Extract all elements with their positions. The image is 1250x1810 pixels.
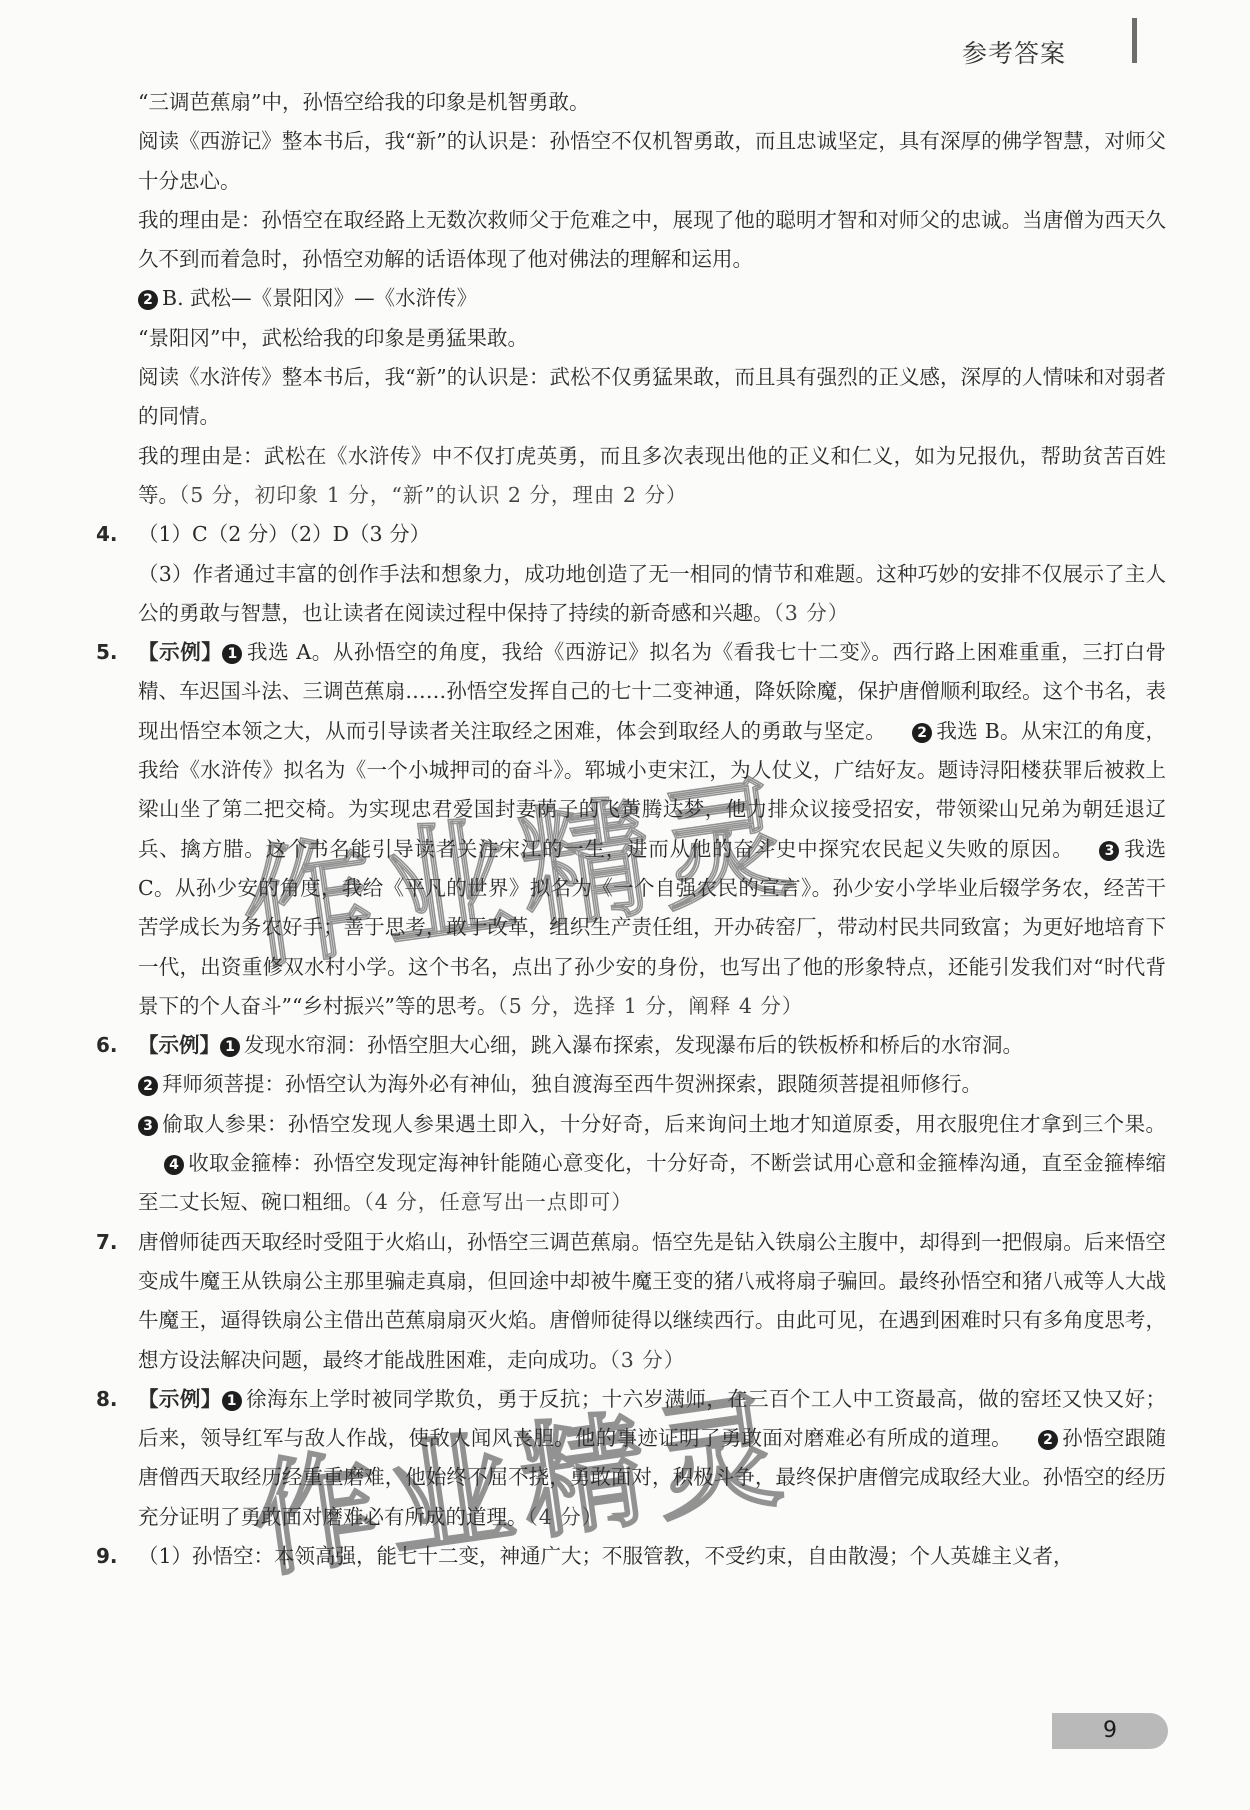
question-9: 9. （1）孙悟空：本领高强，能七十二变，神通广大；不服管教，不受约束，自由散漫… bbox=[96, 1537, 1166, 1576]
page-number-badge: 9 bbox=[1052, 1713, 1168, 1749]
question-number: 6. bbox=[96, 1026, 118, 1065]
answer-line: （3）作者通过丰富的创作手法和想象力，成功地创造了无一相同的情节和难题。这种巧妙… bbox=[138, 555, 1166, 634]
answer-text: 徐海东上学时被同学欺负，勇于反抗；十六岁满师，在三百个工人中工资最高，做的窑坯又… bbox=[138, 1387, 1166, 1450]
circled-number-icon: 2 bbox=[1038, 1430, 1058, 1450]
question-5: 5. 【示例】1我选 A。从孙悟空的角度，我给《西游记》拟名为《看我七十二变》。… bbox=[96, 633, 1166, 1026]
paragraph: 我的理由是：孙悟空在取经路上无数次救师父于危难之中，展现了他的聪明才智和对师父的… bbox=[96, 201, 1166, 280]
paragraph: 阅读《西游记》整本书后，我“新”的认识是：孙悟空不仅机智勇敢，而且忠诚坚定，具有… bbox=[96, 122, 1166, 201]
answer-text: 偷取人参果：孙悟空发现人参果遇土即入，十分好奇，后来询问土地才知道原委，用衣服兜… bbox=[162, 1112, 1166, 1136]
option-b-title: B. 武松—《景阳冈》—《水浒传》 bbox=[162, 286, 477, 310]
circled-number-icon: 2 bbox=[912, 723, 932, 743]
answer-text: 收取金箍棒：孙悟空发现定海神针能随心意变化，十分好奇，不断尝试用心意和金箍棒沟通… bbox=[138, 1151, 1166, 1214]
circled-number-icon: 2 bbox=[138, 290, 158, 310]
example-tag: 【示例】 bbox=[138, 1033, 220, 1057]
question-8: 8. 【示例】1徐海东上学时被同学欺负，勇于反抗；十六岁满师，在三百个工人中工资… bbox=[96, 1380, 1166, 1537]
paragraph: 阅读《水浒传》整本书后，我“新”的认识是：武松不仅勇猛果敢，而且具有强烈的正义感… bbox=[96, 358, 1166, 437]
answer-line: 3偷取人参果：孙悟空发现人参果遇土即入，十分好奇，后来询问土地才知道原委，用衣服… bbox=[138, 1105, 1166, 1223]
header-title: 参考答案 bbox=[962, 34, 1066, 70]
score-note: （4 分，任意写出一点即可） bbox=[364, 1190, 633, 1214]
circled-number-icon: 3 bbox=[1099, 841, 1119, 861]
score-note: （4 分） bbox=[528, 1505, 604, 1529]
score-note: （3 分） bbox=[610, 1348, 686, 1372]
paragraph: “景阳冈”中，武松给我的印象是勇猛果敢。 bbox=[96, 319, 1166, 358]
question-7: 7. 唐僧师徒西天取经时受阻于火焰山，孙悟空三调芭蕉扇。悟空先是钻入铁扇公主腹中… bbox=[96, 1223, 1166, 1380]
question-number: 9. bbox=[96, 1537, 118, 1576]
answer-line: 【示例】1发现水帘洞：孙悟空胆大心细，跳入瀑布探索，发现瀑布后的铁板桥和桥后的水… bbox=[138, 1026, 1166, 1065]
score-note: （3 分） bbox=[774, 601, 850, 625]
circled-number-icon: 1 bbox=[222, 644, 242, 664]
circled-number-icon: 4 bbox=[164, 1155, 184, 1175]
question-4: 4. （1）C（2 分）（2）D（3 分） （3）作者通过丰富的创作手法和想象力… bbox=[96, 515, 1166, 633]
example-tag: 【示例】 bbox=[138, 640, 222, 664]
question-number: 8. bbox=[96, 1380, 118, 1419]
answer-content: “三调芭蕉扇”中，孙悟空给我的印象是机智勇敢。 阅读《西游记》整本书后，我“新”… bbox=[96, 83, 1166, 1576]
circled-number-icon: 1 bbox=[222, 1391, 242, 1411]
answer-text: 我选 C。从孙少安的角度，我给《平凡的世界》拟名为《一个自强农民的宣言》。孙少安… bbox=[138, 837, 1166, 1018]
paragraph: 我的理由是：武松在《水浒传》中不仅打虎英勇，而且多次表现出他的正义和仁义，如为兄… bbox=[96, 437, 1166, 516]
question-6: 6. 【示例】1发现水帘洞：孙悟空胆大心细，跳入瀑布探索，发现瀑布后的铁板桥和桥… bbox=[96, 1026, 1166, 1222]
question-number: 5. bbox=[96, 633, 118, 672]
answer-line: 2拜师须菩提：孙悟空认为海外必有神仙，独自渡海至西牛贺洲探索，跟随须菩提祖师修行… bbox=[138, 1065, 1166, 1104]
circled-number-icon: 1 bbox=[220, 1037, 240, 1057]
example-tag: 【示例】 bbox=[138, 1387, 222, 1411]
header-divider-bar bbox=[1132, 18, 1137, 63]
answer-text: 拜师须菩提：孙悟空认为海外必有神仙，独自渡海至西牛贺洲探索，跟随须菩提祖师修行。 bbox=[162, 1072, 982, 1096]
circled-number-icon: 3 bbox=[138, 1116, 158, 1136]
circled-number-icon: 2 bbox=[138, 1076, 158, 1096]
paragraph: “三调芭蕉扇”中，孙悟空给我的印象是机智勇敢。 bbox=[96, 83, 1166, 122]
answer-text: （1）孙悟空：本领高强，能七十二变，神通广大；不服管教，不受约束，自由散漫；个人… bbox=[138, 1544, 1074, 1568]
answer-line: （1）C（2 分）（2）D（3 分） bbox=[138, 515, 1166, 554]
score-note: （5 分，选择 1 分，阐释 4 分） bbox=[497, 994, 803, 1018]
option-b-heading: 2B. 武松—《景阳冈》—《水浒传》 bbox=[96, 279, 1166, 318]
question-number: 4. bbox=[96, 515, 118, 554]
score-note: （5 分，初印象 1 分，“新”的认识 2 分，理由 2 分） bbox=[179, 483, 688, 507]
question-number: 7. bbox=[96, 1223, 118, 1262]
answer-text: 发现水帘洞：孙悟空胆大心细，跳入瀑布探索，发现瀑布后的铁板桥和桥后的水帘洞。 bbox=[244, 1033, 1023, 1057]
answer-text: （3）作者通过丰富的创作手法和想象力，成功地创造了无一相同的情节和难题。这种巧妙… bbox=[138, 562, 1166, 625]
